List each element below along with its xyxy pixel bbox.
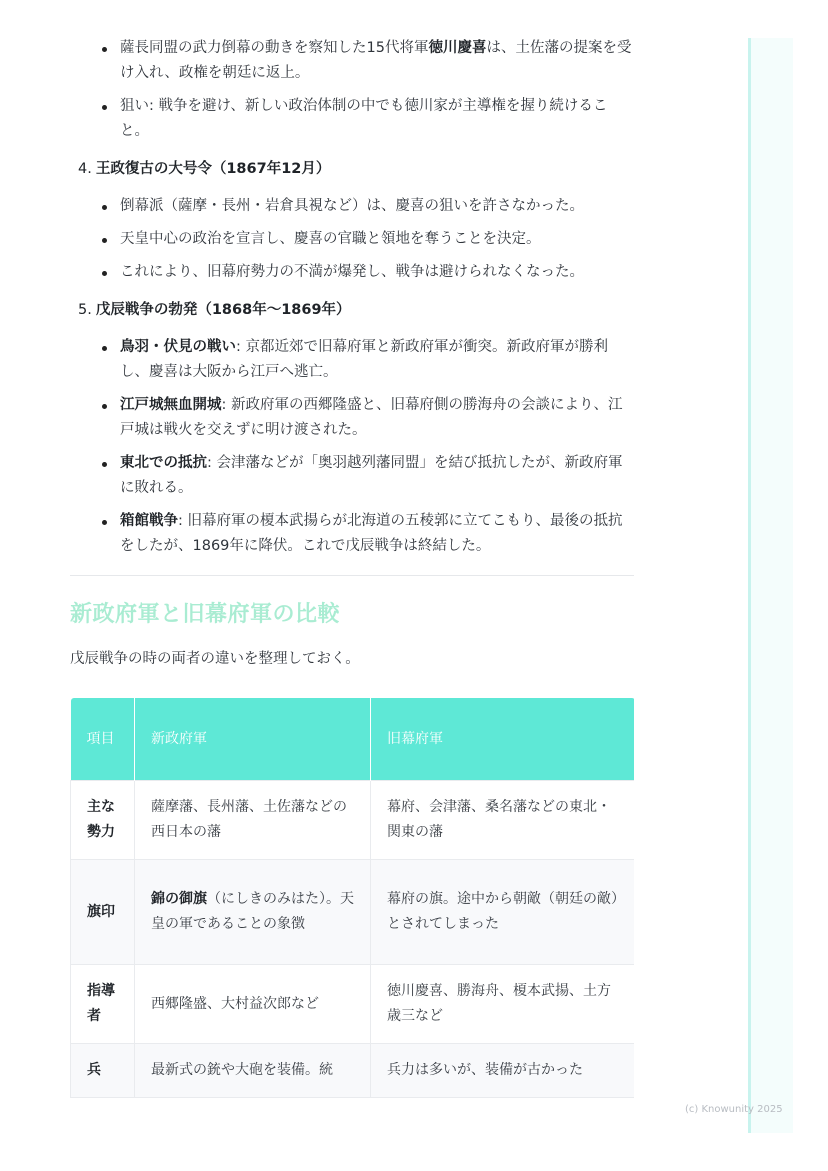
bullet-text: 狙い: 戦争を避け、新しい政治体制の中でも徳川家が主導権を握り続けること。 [120, 98, 607, 139]
row-key: 旗印 [71, 860, 135, 965]
table-row: 兵 最新式の銃や大砲を装備。統 兵力は多いが、装備が古かった [71, 1044, 635, 1098]
cell-old: 徳川慶喜、勝海舟、榎本武揚、土方歳三など [371, 965, 635, 1044]
bold-term: 江戸城無血開城 [120, 397, 222, 413]
cell-new: 最新式の銃や大砲を装備。統 [135, 1044, 371, 1098]
list-item: 東北での抵抗: 会津藩などが「奥羽越列藩同盟」を結び抵抗したが、新政府軍に敗れる… [120, 451, 634, 501]
comparison-table: 項目 新政府軍 旧幕府軍 主な勢力 薩摩藩、長州藩、土佐藩などの西日本の藩 幕府… [70, 698, 634, 1098]
header-new-government: 新政府軍 [135, 698, 371, 781]
table-row: 指導者 西郷隆盛、大村益次郎など 徳川慶喜、勝海舟、榎本武揚、土方歳三など [71, 965, 635, 1044]
bullet-text: : 旧幕府軍の榎本武揚らが北海道の五稜郭に立てこもり、最後の抵抗をしたが、186… [120, 513, 623, 554]
row-key: 指導者 [71, 965, 135, 1044]
section4-heading: 4.王政復古の大号令（1867年12月） [78, 158, 634, 180]
copyright-watermark: (c) Knowunity 2025 [685, 1104, 783, 1115]
list-number: 5. [78, 302, 92, 318]
list-item: 狙い: 戦争を避け、新しい政治体制の中でも徳川家が主導権を握り続けること。 [120, 94, 634, 144]
bold-term: 箱館戦争 [120, 513, 178, 529]
list-item: 鳥羽・伏見の戦い: 京都近郊で旧幕府軍と新政府軍が衝突。新政府軍が勝利し、慶喜は… [120, 335, 634, 385]
list-item: 江戸城無血開城: 新政府軍の西郷隆盛と、旧幕府側の勝海舟の会談により、江戸城は戦… [120, 393, 634, 443]
section5-bullet-list: 鳥羽・伏見の戦い: 京都近郊で旧幕府軍と新政府軍が衝突。新政府軍が勝利し、慶喜は… [70, 335, 634, 559]
cell-old: 幕府、会津藩、桑名藩などの東北・関東の藩 [371, 781, 635, 860]
bold-term: 徳川慶喜 [428, 40, 486, 56]
cell-new: 薩摩藩、長州藩、土佐藩などの西日本の藩 [135, 781, 371, 860]
table-row: 主な勢力 薩摩藩、長州藩、土佐藩などの西日本の藩 幕府、会津藩、桑名藩などの東北… [71, 781, 635, 860]
table-row: 旗印 錦の御旗（にしきのみはた）。天皇の軍であることの象徴 幕府の旗。途中から朝… [71, 860, 635, 965]
header-old-shogunate: 旧幕府軍 [371, 698, 635, 781]
bold-term: 鳥羽・伏見の戦い [120, 339, 236, 355]
section3-bullet-list: 薩長同盟の武力倒幕の動きを察知した15代将軍徳川慶喜は、土佐藩の提案を受け入れ、… [70, 36, 634, 144]
row-key: 主な勢力 [71, 781, 135, 860]
section-title: 戊辰戦争の勃発（1868年〜1869年） [96, 302, 351, 318]
comparison-heading: 新政府軍と旧幕府軍の比較 [70, 598, 634, 632]
header-item: 項目 [71, 698, 135, 781]
cell-old: 兵力は多いが、装備が古かった [371, 1044, 635, 1098]
document-content: 薩長同盟の武力倒幕の動きを察知した15代将軍徳川慶喜は、土佐藩の提案を受け入れ、… [70, 36, 634, 1102]
divider [70, 575, 634, 576]
comparison-table-container: 項目 新政府軍 旧幕府軍 主な勢力 薩摩藩、長州藩、土佐藩などの西日本の藩 幕府… [70, 698, 634, 1102]
row-key: 兵 [71, 1044, 135, 1098]
bold-term: 錦の御旗 [151, 891, 207, 907]
bold-term: 東北での抵抗 [120, 455, 207, 471]
list-item: これにより、旧幕府勢力の不満が爆発し、戦争は避けられなくなった。 [120, 260, 634, 285]
list-item: 箱館戦争: 旧幕府軍の榎本武揚らが北海道の五稜郭に立てこもり、最後の抵抗をしたが… [120, 509, 634, 559]
section4-bullet-list: 倒幕派（薩摩・長州・岩倉具視など）は、慶喜の狙いを許さなかった。 天皇中心の政治… [70, 194, 634, 285]
cell-new: 西郷隆盛、大村益次郎など [135, 965, 371, 1044]
table-header-row: 項目 新政府軍 旧幕府軍 [71, 698, 635, 781]
list-number: 4. [78, 161, 92, 177]
list-item: 天皇中心の政治を宣言し、慶喜の官職と領地を奪うことを決定。 [120, 227, 634, 252]
cell-new: 錦の御旗（にしきのみはた）。天皇の軍であることの象徴 [135, 860, 371, 965]
list-item: 倒幕派（薩摩・長州・岩倉具視など）は、慶喜の狙いを許さなかった。 [120, 194, 634, 219]
section-title: 王政復古の大号令（1867年12月） [96, 161, 331, 177]
section5-heading: 5.戊辰戦争の勃発（1868年〜1869年） [78, 299, 634, 321]
bullet-text: 薩長同盟の武力倒幕の動きを察知した15代将軍 [120, 40, 428, 56]
list-item: 薩長同盟の武力倒幕の動きを察知した15代将軍徳川慶喜は、土佐藩の提案を受け入れ、… [120, 36, 634, 86]
side-panel [748, 38, 793, 1133]
comparison-intro: 戊辰戦争の時の両者の違いを整理しておく。 [70, 648, 634, 670]
cell-old: 幕府の旗。途中から朝敵（朝廷の敵）とされてしまった [371, 860, 635, 965]
